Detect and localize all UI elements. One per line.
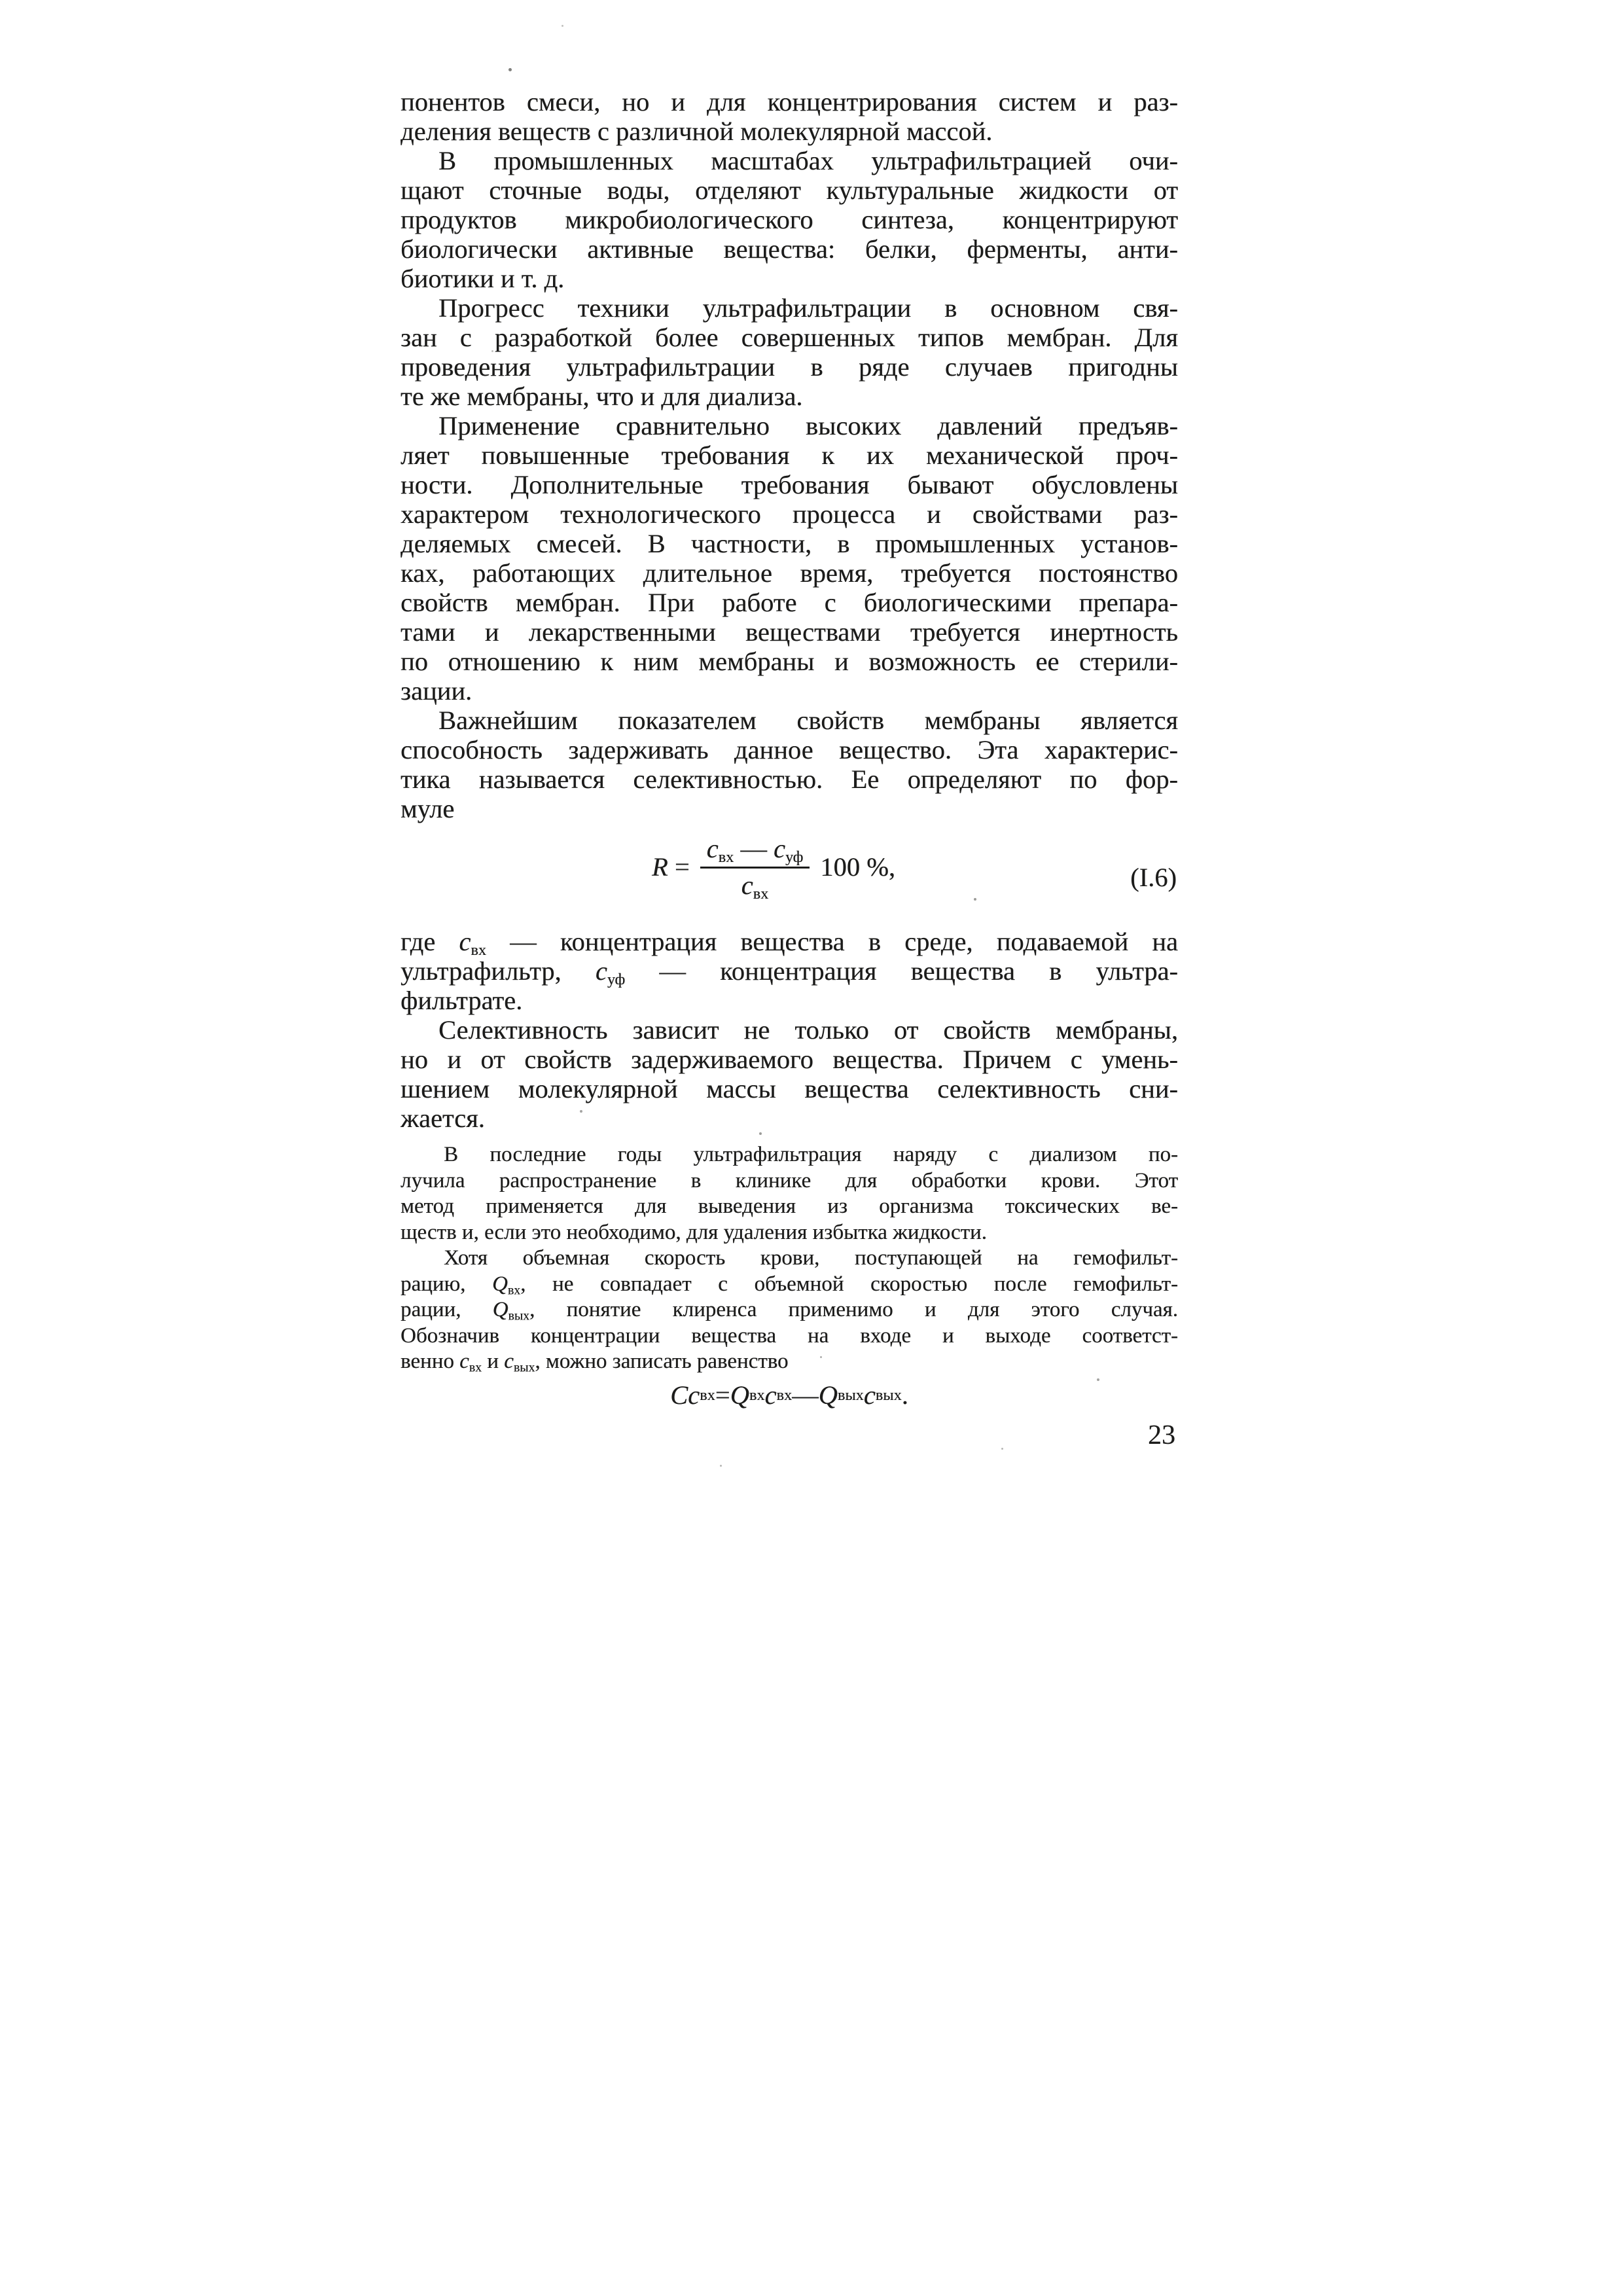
paragraph: Хотя объемная скорость крови, поступающе… (401, 1246, 1178, 1375)
small-print-section: В последние годы ультрафильтрация наряду… (401, 1142, 1178, 1375)
text-line: Селективность зависит не только от свойс… (401, 1015, 1178, 1045)
page-number: 23 (401, 1420, 1178, 1451)
formula-lhs: R = (652, 852, 690, 882)
paragraph: где cвх — концентрация вещества в среде,… (401, 927, 1178, 1015)
formula-factor: 100 %, (820, 852, 895, 882)
text-line: ности. Дополнительные требования бывают … (401, 470, 1178, 499)
scanned-book-page: понентов смеси, но и для концентрировани… (0, 0, 1623, 2296)
text-line: зации. (401, 676, 1178, 706)
paragraph: Применение сравнительно высоких давлений… (401, 411, 1178, 706)
text-line: тами и лекарственными веществами требует… (401, 617, 1178, 647)
text-line: Обозначив концентрации вещества на входе… (401, 1323, 1178, 1350)
text-line: муле (401, 794, 1178, 823)
formula-clearance: Ccвх = Qвхcвх — Qвыхcвых. (401, 1376, 1178, 1414)
text-line: шением молекулярной массы вещества селек… (401, 1074, 1178, 1103)
text-line: деления веществ с различной молекулярной… (401, 117, 1178, 146)
paragraph: В промышленных масштабах ультрафильтраци… (401, 146, 1178, 293)
text-line: по отношению к ним мембраны и возможност… (401, 647, 1178, 676)
text-line: щают сточные воды, отделяют культуральны… (401, 175, 1178, 205)
paragraph: В последние годы ультрафильтрация наряду… (401, 1142, 1178, 1246)
scan-speck (508, 68, 512, 71)
text-line: биотики и т. д. (401, 264, 1178, 293)
text-line: свойств мембран. При работе с биологичес… (401, 588, 1178, 617)
scan-speck (820, 1356, 822, 1358)
main-text-upper: понентов смеси, но и для концентрировани… (401, 87, 1178, 823)
scan-speck (491, 350, 493, 352)
paragraph: Важнейшим показателем свойств мембраны я… (401, 706, 1178, 823)
text-line: В промышленных масштабах ультрафильтраци… (401, 146, 1178, 175)
text-line: понентов смеси, но и для концентрировани… (401, 87, 1178, 117)
text-line: лучила распространение в клинике для обр… (401, 1168, 1178, 1194)
formula-selectivity: R = cвх — cуф cвх 100 %, (I.6) (401, 823, 1178, 927)
scan-speck (759, 1132, 762, 1135)
paragraph: Селективность зависит не только от свойс… (401, 1015, 1178, 1133)
text-line: Применение сравнительно высоких давлений… (401, 411, 1178, 440)
fraction: cвх — cуф cвх (700, 834, 810, 900)
text-line: метод применяется для выведения из орган… (401, 1194, 1178, 1220)
text-line: биологически активные вещества: белки, ф… (401, 234, 1178, 264)
fraction-numerator: cвх — cуф (700, 834, 810, 869)
text-line: Важнейшим показателем свойств мембраны я… (401, 706, 1178, 735)
text-line: фильтрате. (401, 986, 1178, 1015)
fraction-denominator: cвх (741, 869, 769, 900)
scan-speck (1001, 1448, 1003, 1450)
text-line: ках, работающих длительное время, требуе… (401, 558, 1178, 588)
text-line: Хотя объемная скорость крови, поступающе… (401, 1246, 1178, 1272)
scan-speck (720, 1465, 722, 1467)
text-line: те же мембраны, что и для диализа. (401, 382, 1178, 411)
equation-number: (I.6) (1130, 863, 1177, 892)
text-line: Прогресс техники ультрафильтрации в осно… (401, 293, 1178, 323)
scan-speck (974, 898, 976, 901)
text-line: ляет повышенные требования к их механиче… (401, 440, 1178, 470)
text-line: жается. (401, 1103, 1178, 1133)
text-line: но и от свойств задерживаемого вещества.… (401, 1045, 1178, 1074)
text-line: способность задерживать данное вещество.… (401, 735, 1178, 764)
paragraph: Прогресс техники ультрафильтрации в осно… (401, 293, 1178, 411)
text-line: В последние годы ультрафильтрация наряду… (401, 1142, 1178, 1168)
scan-speck (562, 25, 563, 27)
scan-speck (1097, 1378, 1099, 1381)
text-line: ультрафильтр, cуф — концентрация веществ… (401, 956, 1178, 986)
text-line: венно cвх и cвых, можно записать равенст… (401, 1349, 1178, 1375)
text-line: зан с разработкой более совершенных типо… (401, 323, 1178, 352)
text-line: деляемых смесей. В частности, в промышле… (401, 529, 1178, 558)
text-line: рацию, Qвх, не совпадает с объемной скор… (401, 1272, 1178, 1298)
formula-selectivity-expression: R = cвх — cуф cвх 100 %, (652, 834, 895, 900)
main-text-mid: где cвх — концентрация вещества в среде,… (401, 927, 1178, 1133)
text-line: рации, Qвых, понятие клиренса применимо … (401, 1297, 1178, 1323)
text-line: ществ и, если это необходимо, для удален… (401, 1220, 1178, 1246)
text-line: тика называется селективностью. Ее опред… (401, 764, 1178, 794)
scan-speck (580, 1110, 582, 1113)
text-line: проведения ультрафильтрации в ряде случа… (401, 352, 1178, 382)
text-column: понентов смеси, но и для концентрировани… (401, 87, 1178, 1451)
text-line: характером технологического процесса и с… (401, 499, 1178, 529)
paragraph: понентов смеси, но и для концентрировани… (401, 87, 1178, 146)
text-line: где cвх — концентрация вещества в среде,… (401, 927, 1178, 956)
text-line: продуктов микробиологического синтеза, к… (401, 205, 1178, 234)
